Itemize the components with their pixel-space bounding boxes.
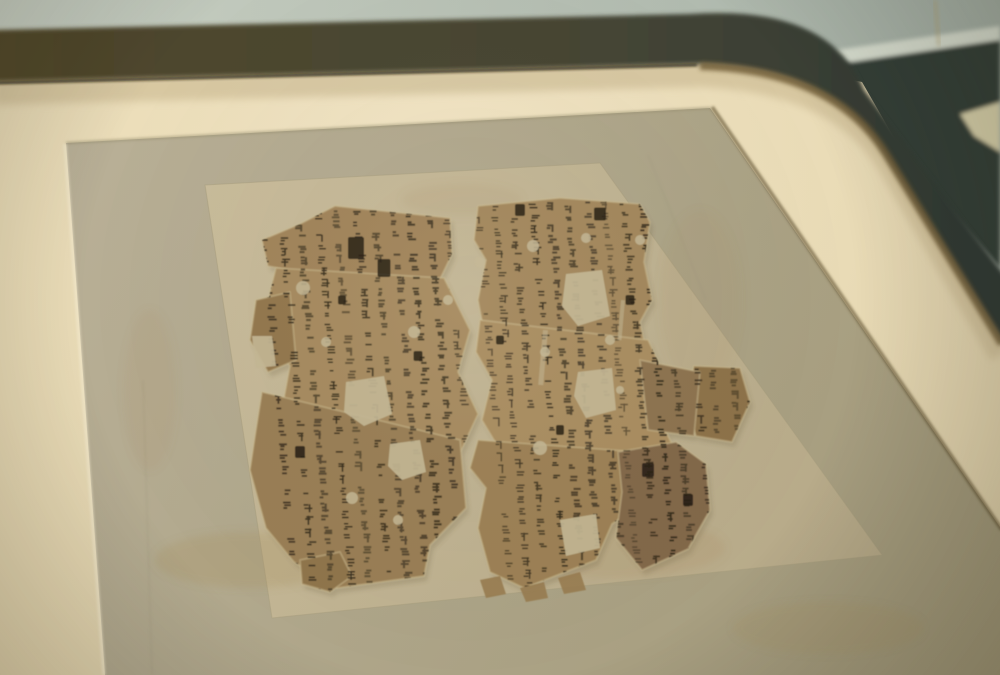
museum-photo <box>0 0 1000 675</box>
framed-manuscript-photo <box>0 0 1000 675</box>
photo-vignette <box>0 0 1000 675</box>
